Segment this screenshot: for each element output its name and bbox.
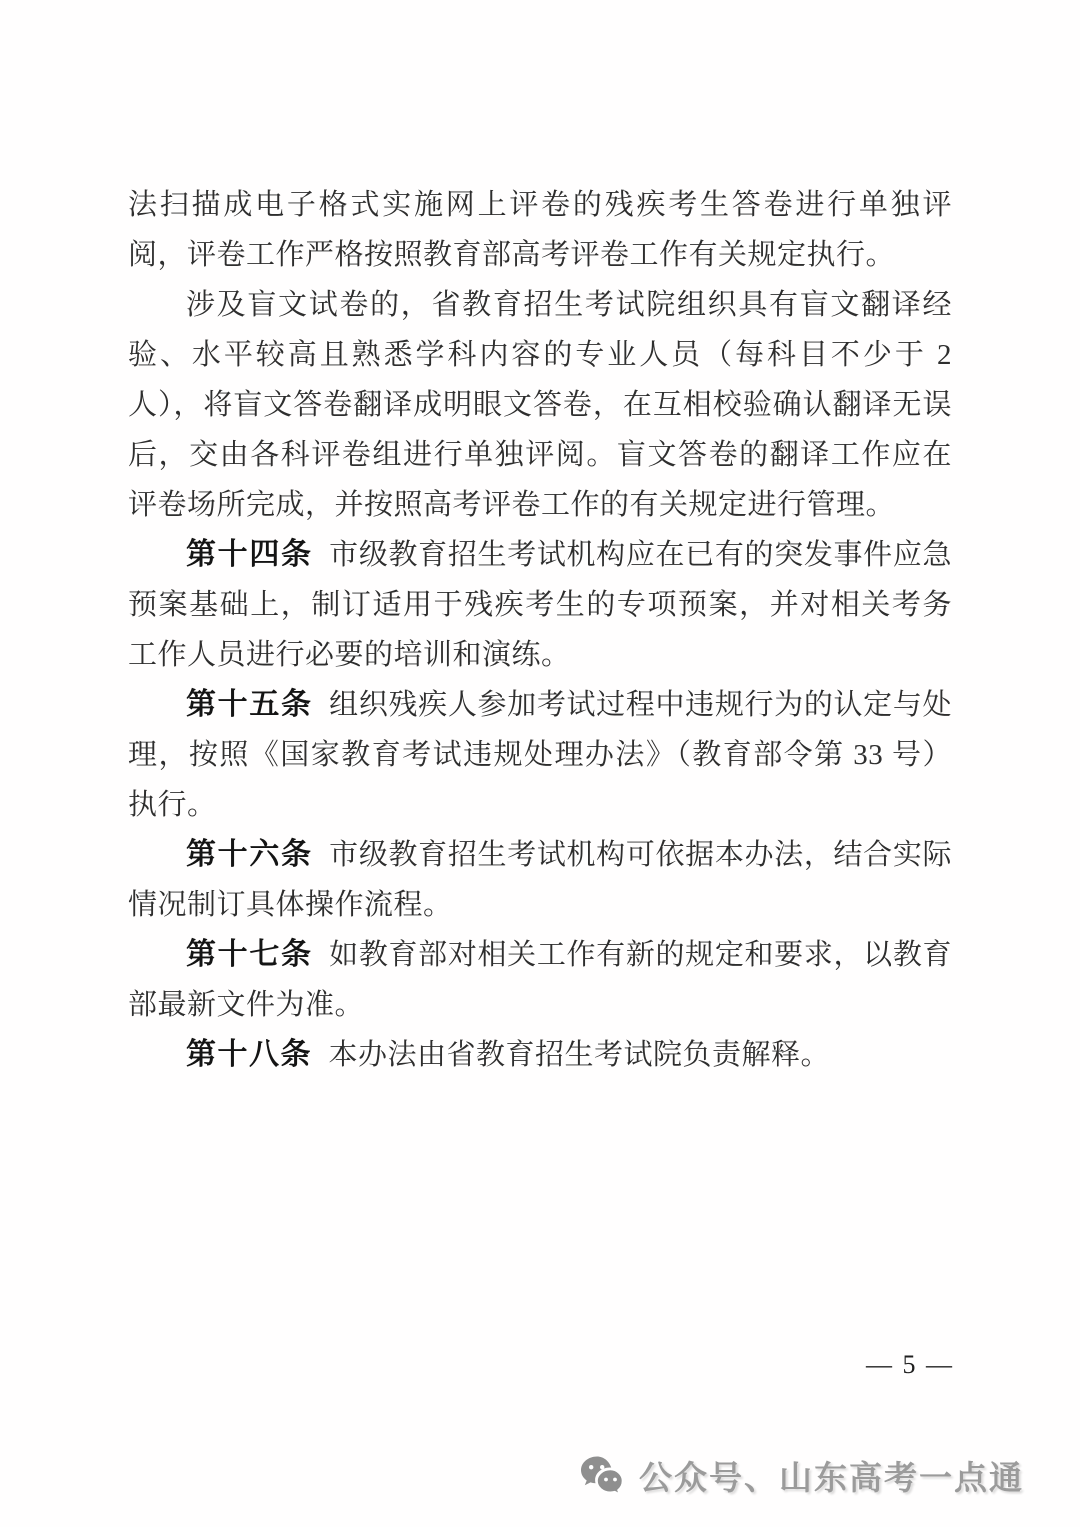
paragraph: 第十七条如教育部对相关工作有新的规定和要求，以教育部最新文件为准。 — [128, 930, 952, 1030]
page-number: — 5 — — [866, 1350, 954, 1380]
paragraph: 第十五条组织残疾人参加考试过程中违规行为的认定与处理，按照《国家教育考试违规处理… — [128, 680, 952, 830]
watermark-badge: 公众号、山东高考一点通 — [579, 1452, 1024, 1499]
paragraph: 涉及盲文试卷的，省教育招生考试院组织具有盲文翻译经验、水平较高且熟悉学科内容的专… — [128, 280, 952, 530]
article-number: 第十六条 — [186, 838, 313, 871]
paragraph-text: 法扫描成电子格式实施网上评卷的残疾考生答卷进行单独评阅，评卷工作严格按照教育部高… — [128, 189, 952, 271]
article-number: 第十七条 — [186, 938, 313, 971]
article-number: 第十五条 — [186, 688, 313, 721]
article-number: 第十四条 — [186, 538, 313, 571]
paragraph: 法扫描成电子格式实施网上评卷的残疾考生答卷进行单独评阅，评卷工作严格按照教育部高… — [128, 180, 952, 280]
watermark-text: 公众号、山东高考一点通 — [639, 1452, 1024, 1499]
article-number: 第十八条 — [186, 1038, 312, 1071]
paragraph: 第十八条本办法由省教育招生考试院负责解释。 — [128, 1030, 952, 1080]
wechat-icon — [579, 1455, 627, 1497]
paragraph-text: 涉及盲文试卷的，省教育招生考试院组织具有盲文翻译经验、水平较高且熟悉学科内容的专… — [128, 289, 952, 521]
document-page: 法扫描成电子格式实施网上评卷的残疾考生答卷进行单独评阅，评卷工作严格按照教育部高… — [0, 0, 1080, 1527]
paragraph: 第十六条市级教育招生考试机构可依据本办法，结合实际情况制订具体操作流程。 — [128, 830, 952, 930]
paragraph-text: 本办法由省教育招生考试院负责解释。 — [329, 1039, 831, 1071]
paragraph: 第十四条市级教育招生考试机构应在已有的突发事件应急预案基础上，制订适用于残疾考生… — [128, 530, 952, 680]
document-text: 法扫描成电子格式实施网上评卷的残疾考生答卷进行单独评阅，评卷工作严格按照教育部高… — [128, 180, 952, 1080]
